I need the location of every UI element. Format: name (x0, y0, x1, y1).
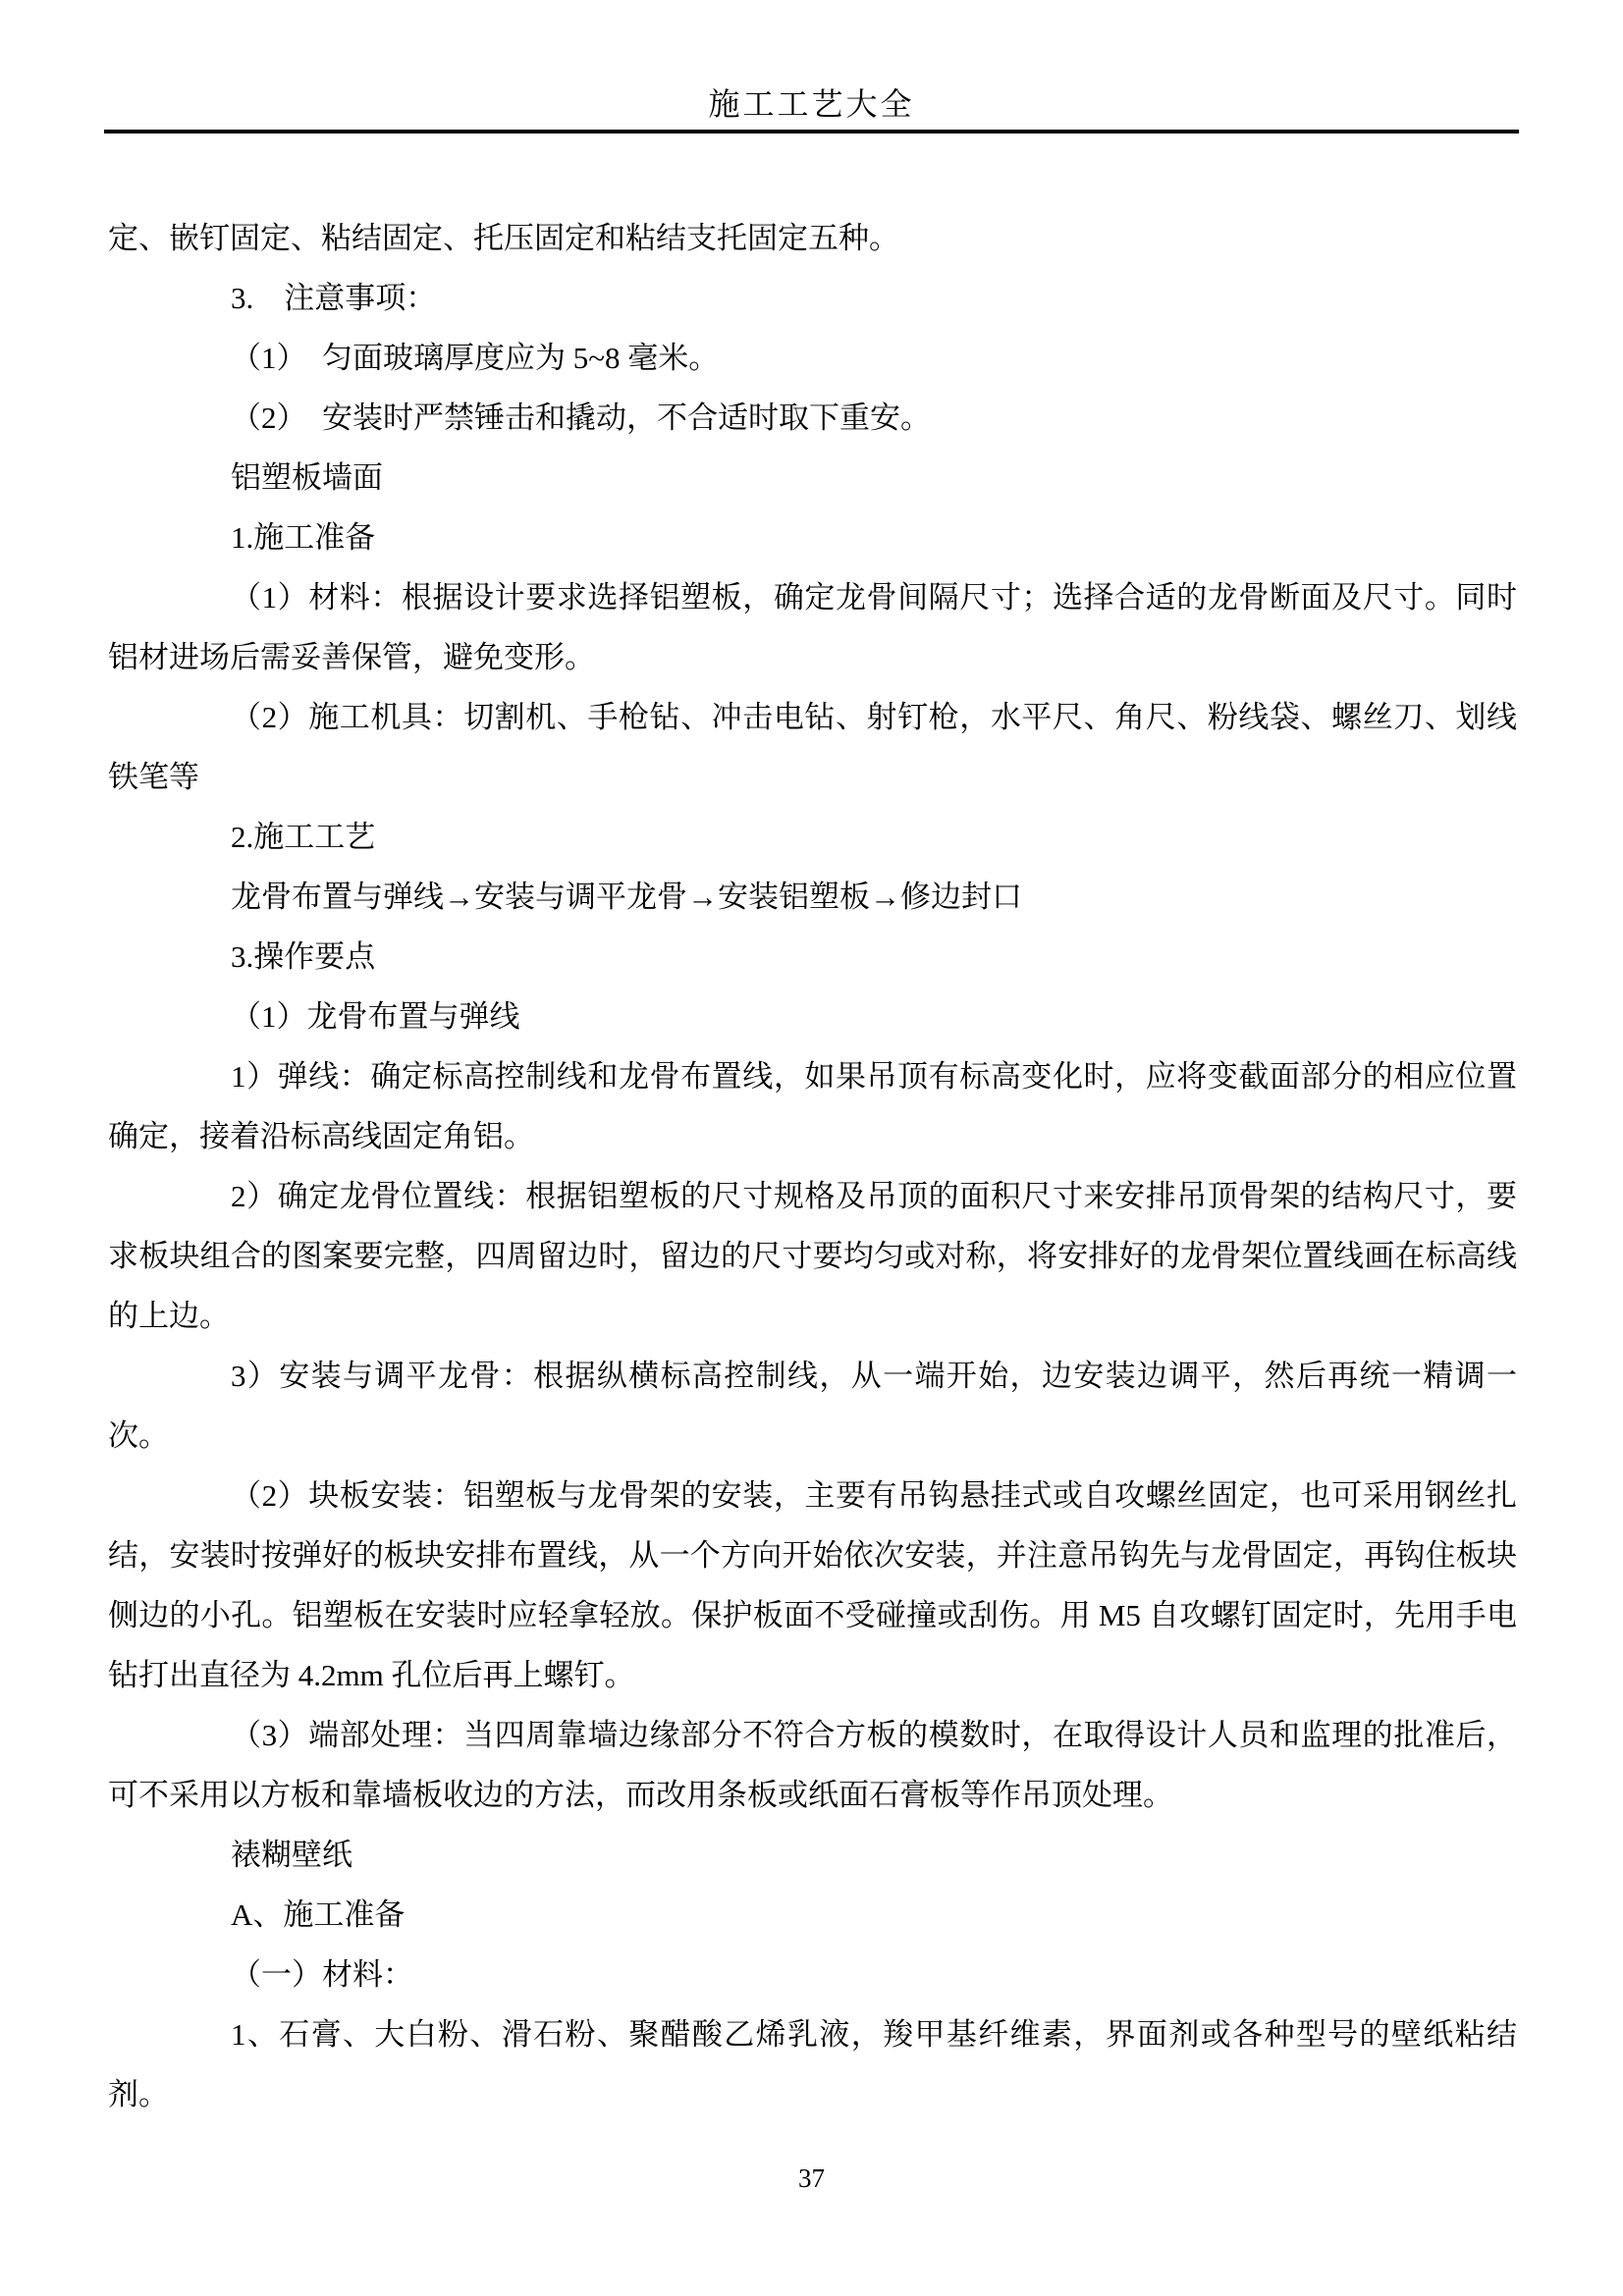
paragraph: 铝塑板墙面 (108, 448, 1517, 507)
paragraph: （一）材料： (108, 1945, 1517, 2004)
page-header: 施工工艺大全 (0, 0, 1623, 126)
paragraph: （1）材料：根据设计要求选择铝塑板，确定龙骨间隔尺寸；选择合适的龙骨断面及尺寸。… (108, 567, 1517, 687)
paragraph: （2） 安装时严禁锤击和撬动，不合适时取下重安。 (108, 388, 1517, 448)
paragraph: 1.施工准备 (108, 507, 1517, 567)
paragraph: 裱糊壁纸 (108, 1825, 1517, 1885)
paragraph: （3）端部处理：当四周靠墙边缘部分不符合方板的模数时，在取得设计人员和监理的批准… (108, 1705, 1517, 1825)
document-page: 施工工艺大全 定、嵌钉固定、粘结固定、托压固定和粘结支托固定五种。 3. 注意事… (0, 0, 1623, 2296)
paragraph: 3）安装与调平龙骨：根据纵横标高控制线，从一端开始，边安装边调平，然后再统一精调… (108, 1346, 1517, 1466)
paragraph-process-flow: 龙骨布置与弹线→安装与调平龙骨→安装铝塑板→修边封口 (108, 867, 1517, 927)
paragraph: 1、石膏、大白粉、滑石粉、聚醋酸乙烯乳液，羧甲基纤维素，界面剂或各种型号的壁纸粘… (108, 2004, 1517, 2124)
paragraph: 2.施工工艺 (108, 807, 1517, 867)
document-body: 定、嵌钉固定、粘结固定、托压固定和粘结支托固定五种。 3. 注意事项： （1） … (108, 208, 1517, 2124)
page-number: 37 (798, 2163, 825, 2193)
paragraph: （2）施工机具：切割机、手枪钻、冲击电钻、射钉枪，水平尺、角尺、粉线袋、螺丝刀、… (108, 687, 1517, 807)
paragraph: （1） 匀面玻璃厚度应为 5~8 毫米。 (108, 328, 1517, 388)
page-footer: 37 (0, 2162, 1623, 2195)
header-divider (104, 130, 1519, 133)
page-header-title: 施工工艺大全 (708, 82, 914, 126)
paragraph: 2）确定龙骨位置线：根据铝塑板的尺寸规格及吊顶的面积尺寸来安排吊顶骨架的结构尺寸… (108, 1166, 1517, 1346)
paragraph: 3.操作要点 (108, 927, 1517, 987)
paragraph: 定、嵌钉固定、粘结固定、托压固定和粘结支托固定五种。 (108, 208, 1517, 268)
paragraph: 3. 注意事项： (108, 268, 1517, 328)
paragraph: 1）弹线：确定标高控制线和龙骨布置线，如果吊顶有标高变化时，应将变截面部分的相应… (108, 1046, 1517, 1166)
paragraph: A、施工准备 (108, 1885, 1517, 1945)
paragraph: （2）块板安装：铝塑板与龙骨架的安装，主要有吊钩悬挂式或自攻螺丝固定，也可采用钢… (108, 1466, 1517, 1705)
paragraph: （1）龙骨布置与弹线 (108, 987, 1517, 1046)
